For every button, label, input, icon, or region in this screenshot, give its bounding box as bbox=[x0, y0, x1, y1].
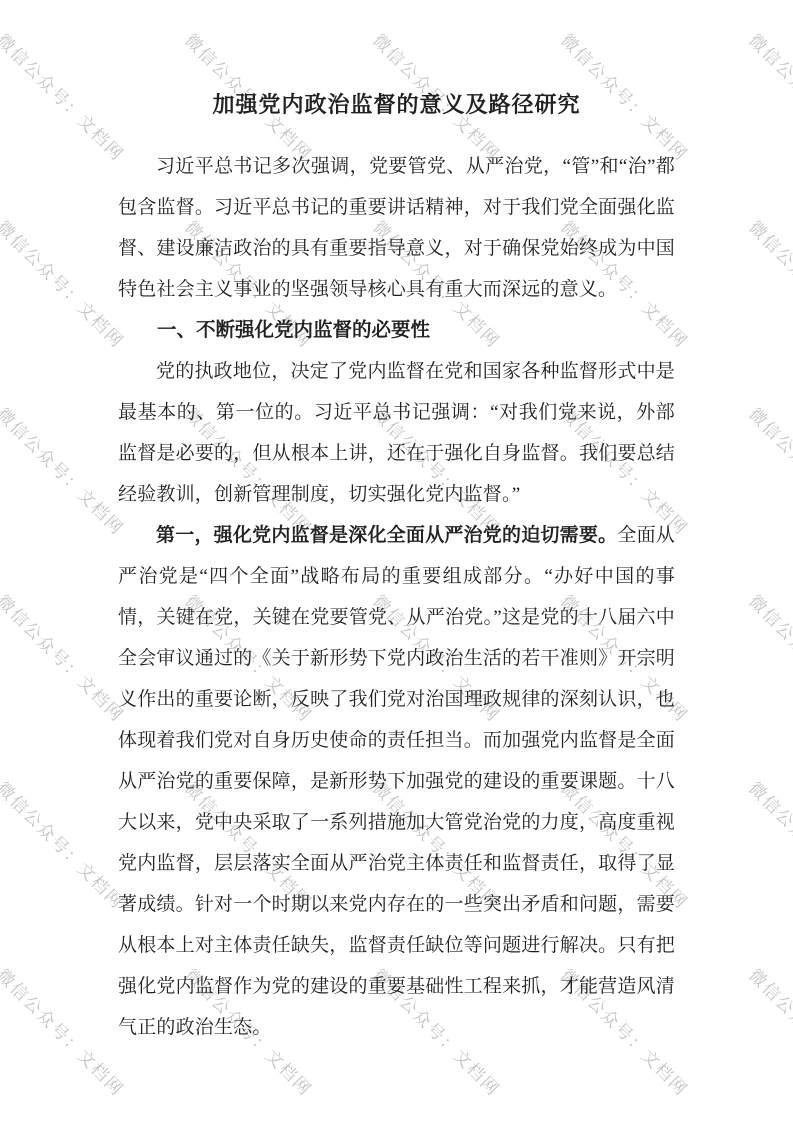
paragraph-necessity: 党的执政地位，决定了党内监督在党和国家各种监督形式中是最基本的、第一位的。习近平… bbox=[118, 351, 675, 515]
document-page: 微信公众号：文档网微信公众号：文档网微信公众号：文档网微信公众号：文档网微信公众… bbox=[0, 0, 793, 1122]
section-heading-1: 一、不断强化党内监督的必要性 bbox=[118, 310, 675, 351]
paragraph-first-point-lead: 第一，强化党内监督是深化全面从严治党的迫切需要。 bbox=[156, 525, 617, 546]
paragraph-intro: 习近平总书记多次强调，党要管党、从严治党，“管”和“治”都包含监督。习近平总书记… bbox=[118, 146, 675, 310]
document-title: 加强党内政治监督的意义及路径研究 bbox=[118, 88, 675, 122]
paragraph-first-point-body: 全面从严治党是“四个全面”战略布局的重要组成部分。“办好中国的事情，关键在党，关… bbox=[118, 525, 675, 1038]
paragraph-first-point: 第一，强化党内监督是深化全面从严治党的迫切需要。全面从严治党是“四个全面”战略布… bbox=[118, 515, 675, 1048]
document-content: 加强党内政治监督的意义及路径研究 习近平总书记多次强调，党要管党、从严治党，“管… bbox=[0, 0, 793, 1048]
